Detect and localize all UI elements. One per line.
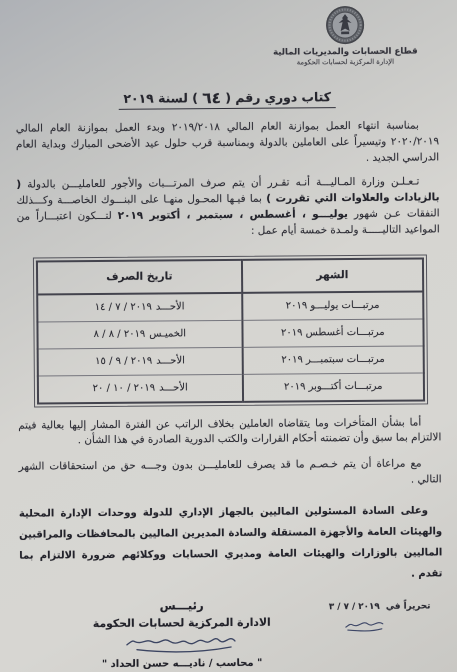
table-header-row: الشهر تاريخ الصرف [37, 258, 423, 294]
pay-date-value: ٢٠١٩ / ٧ / ١٤ [95, 302, 152, 313]
letterhead-administration-line: الإدارة المركزية لحسابات الحكومة [266, 57, 424, 66]
title-text-pre: كتاب دوري رقم ( [221, 89, 331, 105]
pay-day-name: الأحـــد [159, 382, 188, 393]
month-cell: مرتبـــات أغسطس ٢٠١٩ [242, 319, 424, 347]
handwritten-signature-icon [123, 631, 241, 658]
paragraph-arrears: أما بشأن المتأخرات وما يتقاضاه العاملين … [18, 415, 441, 450]
table-row: مرتبـــات يوليـــو ٢٠١٩ الأحـــد٢٠١٩ / ٧… [37, 291, 423, 322]
pay-day-name: الأحـــد [156, 301, 185, 312]
pay-date-value: ٢٠١٩ / ١٠ / ٢٠ [93, 383, 156, 394]
signatory-role-title: رئيـــس [66, 597, 298, 613]
table-row: مرتبـــات أكتـــوبر ٢٠١٩ الأحـــد٢٠١٩ / … [38, 373, 424, 404]
paragraph-deduction: مع مراعاة أن يتم خـصـم ما قد يصرف للعامل… [19, 457, 442, 492]
month-cell: مرتبـــات يوليـــو ٢٠١٩ [242, 291, 424, 320]
signatory-department: الادارة المركزية لحسابات الحكومة [66, 615, 298, 630]
month-cell: مرتبـــات سبتمبـــر ٢٠١٩ [242, 346, 424, 374]
title-text-post: ) لسنة ٢٠١٩ [123, 90, 202, 106]
table-row: مرتبـــات سبتمبـــر ٢٠١٩ الأحـــد٢٠١٩ / … [38, 346, 424, 376]
ministry-eagle-seal-icon [266, 4, 424, 45]
announcement-text-1: تـعـلـن وزارة المـاليـــة أنـه تقـرر أن … [21, 176, 419, 191]
pay-date-cell: الأحـــد٢٠١٩ / ١٠ / ٢٠ [38, 374, 243, 403]
pay-date-cell: الأحـــد٢٠١٩ / ٧ / ١٤ [37, 292, 242, 321]
document-title: كتاب دوري رقم ( ٦٤ ) لسنة ٢٠١٩ [16, 88, 439, 110]
issue-date-block: تحريراً في ٢٠١٩ / ٧ / ٣ [321, 596, 439, 634]
issue-date-value: ٢٠١٩ / ٧ / ٣ [329, 602, 380, 612]
signatory-block: رئيـــس الادارة المركزية لحسابات الحكومة… [66, 597, 299, 670]
pay-date-cell: الأحـــد٢٠١٩ / ٩ / ١٥ [38, 347, 243, 376]
issue-date-label: تحريراً في [386, 601, 431, 611]
paragraph-announcement: تـعـلـن وزارة المـاليـــة أنـه تقـرر أن … [16, 175, 439, 242]
table-row: مرتبـــات أغسطس ٢٠١٩ الخميـس٢٠١٩ / ٨ / ٨ [37, 319, 423, 349]
column-header-month: الشهر [242, 258, 424, 292]
pay-day-name: الخميـس [149, 328, 186, 339]
title-circular-number: ٦٤ [202, 89, 221, 107]
scanned-circular-letter-page: قطاع الحسابات والمديريات المالية الإدارة… [0, 0, 457, 672]
letterhead-sector-line: قطاع الحسابات والمديريات المالية [266, 46, 424, 57]
payment-schedule-table: الشهر تاريخ الصرف مرتبـــات يوليـــو ٢٠١… [33, 254, 428, 407]
paragraph-occasion: بمناسبة انتهاء العمل بموازنة العام المال… [16, 118, 439, 169]
pay-date-value: ٢٠١٩ / ٩ / ١٥ [95, 356, 152, 367]
signature-section: تحريراً في ٢٠١٩ / ٧ / ٣ رئيـــس الادارة … [20, 594, 444, 670]
announcement-months-list: يوليـــو ، أغسطس ، سبتمبر ، أكتوبر ٢٠١٩ [118, 208, 348, 222]
pay-date-cell: الخميـس٢٠١٩ / ٨ / ٨ [37, 320, 242, 349]
signatory-name: " محاسب / ناديـــه حسن الحداد " [66, 657, 298, 670]
pay-day-name: الأحـــد [156, 355, 185, 366]
pay-date-value: ٢٠١٩ / ٨ / ٨ [94, 329, 146, 340]
column-header-pay-date: تاريخ الصرف [37, 259, 242, 294]
paragraph-obligation: وعلى السادة المسئولين الماليين بالجهاز ا… [19, 500, 443, 587]
month-cell: مرتبـــات أكتـــوبر ٢٠١٩ [242, 373, 424, 402]
letterhead: قطاع الحسابات والمديريات المالية الإدارة… [15, 2, 439, 81]
handwritten-initials-icon [343, 619, 387, 634]
